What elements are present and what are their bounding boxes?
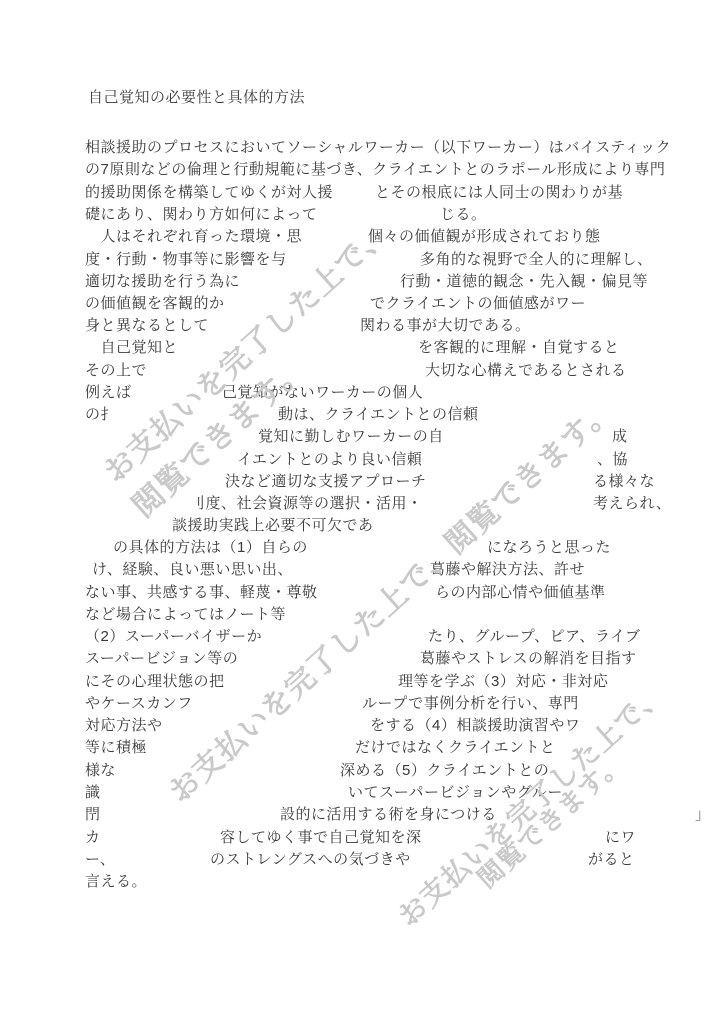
text-line: 人はそれぞれ育った環境・思個々の価値観が形成されており態: [85, 225, 724, 247]
text-line: スーパービジョン等の葛藤やストレスの解消を目指す: [85, 647, 724, 669]
text-segment: その上で: [85, 359, 147, 380]
text-line: 言える。: [85, 870, 724, 892]
text-segment: 大切な心構えであるとされる: [425, 359, 627, 380]
text-segment: の7原則などの倫理と行動規範に基づき、クライエントとのラポール形成により専門: [85, 158, 665, 179]
text-segment: カ: [85, 826, 101, 847]
text-segment: 自己覚知と: [85, 336, 178, 357]
text-line: 的援助関係を構築してゆくが対人援とその根底には人同士の関わりが基: [85, 181, 724, 203]
text-line: 礎にあり、関わり方如何によってじる。: [85, 203, 724, 225]
text-segment: 人はそれぞれ育った環境・思: [85, 225, 302, 246]
text-line: 適切な援助を行う為に行動・道徳的観念・先入観・偏見等: [85, 270, 724, 292]
text-line: 閅設的に活用する術を身につける」: [85, 803, 724, 825]
text-segment: 多角的な視野で全人的に理解し、: [420, 248, 653, 269]
text-segment: など場合によってはノート等: [85, 603, 286, 624]
text-segment: 的援助関係を構築してゆくが対人援: [85, 181, 333, 202]
text-line: イエントとのより良い信頼、協: [85, 448, 724, 470]
text-line: 決など適切な支援アプローチる様々な: [85, 470, 724, 492]
text-line: やケースカンフループで事例分析を行い、専門: [85, 692, 724, 714]
text-segment: 」: [695, 803, 711, 824]
text-segment: 例えば: [85, 381, 132, 402]
text-segment: にその心理状態の把: [85, 670, 225, 691]
text-line: 自己覚知とを客観的に理解・自覚すると: [85, 336, 724, 358]
text-segment: を客観的に理解・自覚すると: [418, 336, 620, 357]
text-segment: 言える。: [85, 870, 147, 891]
text-line: の7原則などの倫理と行動規範に基づき、クライエントとのラポール形成により専門: [85, 158, 724, 180]
text-segment: 理等を学ぶ（3）対応・非対応: [398, 670, 608, 691]
text-segment: 成: [612, 425, 628, 446]
text-line: 覚知に勤しむワーカーの自成: [85, 425, 724, 447]
text-segment: の具体的方法は（1）自らの: [113, 536, 308, 557]
text-segment: のストレングスへの気づきや: [210, 848, 411, 869]
text-segment: らの内部心情や価値基準: [435, 581, 606, 602]
text-segment: ー、: [85, 848, 115, 869]
text-segment: イエントとのより良い信頼: [237, 448, 422, 469]
text-segment: 関わる事が大切である。: [360, 314, 531, 335]
text-segment: 容してゆく事で自己覚知を深: [220, 826, 422, 847]
text-line: 対応方法やをする（4）相談援助演習やワ: [85, 714, 724, 736]
text-segment: 覚知に勤しむワーカーの自: [258, 425, 444, 446]
text-line: その上で大切な心構えであるとされる: [85, 359, 724, 381]
text-line: 相談援助のプロセスにおいてソーシャルワーカー（以下ワーカー）はバイスティック: [85, 136, 724, 158]
text-line: の具体的方法は（1）自らのになろうと思った: [85, 536, 724, 558]
text-segment: 相談援助のプロセスにおいてソーシャルワーカー（以下ワーカー）はバイスティック: [85, 136, 671, 157]
text-segment: の扌: [85, 403, 116, 424]
text-segment: 適切な援助を行う為に: [85, 270, 240, 291]
text-segment: る様々な: [593, 470, 655, 491]
text-segment: 個々の価値観が形成されており態: [368, 225, 601, 246]
text-segment: 葛藤や解決方法、許せ: [430, 558, 585, 579]
text-segment: になろうと思った: [487, 536, 611, 557]
text-segment: がると: [588, 848, 635, 869]
text-line: 刂度、社会資源等の選択・活用・考えられ、: [85, 492, 724, 514]
text-segment: 己覚知がないワーカーの個人: [222, 381, 423, 402]
text-segment: 考えられ、: [593, 492, 671, 513]
text-line: 度・行動・物事等に影響を与多角的な視野で全人的に理解し、: [85, 248, 724, 270]
text-line: け、経験、良い悪い思い出、葛藤や解決方法、許せ: [85, 558, 724, 580]
text-segment: け、経験、良い悪い思い出、: [92, 558, 293, 579]
text-segment: 身と異なるとして: [85, 314, 209, 335]
text-segment: をする（4）相談援助演習やワ: [370, 714, 580, 735]
text-segment: 動は、クライエントとの信頼: [278, 403, 478, 424]
text-segment: スーパービジョン等の: [85, 647, 238, 668]
document-page: 自己覚知の必要性と具体的方法 相談援助のプロセスにおいてソーシャルワーカー（以下…: [0, 0, 724, 1024]
text-segment: 識: [85, 781, 101, 802]
text-line: （2）スーパーバイザーかたり、グループ、ピア、ライブ: [85, 625, 724, 647]
text-segment: いてスーパービジョンやグルー: [348, 781, 563, 802]
text-segment: 度・行動・物事等に影響を与: [85, 248, 287, 269]
text-segment: 様な: [85, 759, 116, 780]
text-segment: 等に積極: [85, 736, 147, 757]
text-segment: （2）スーパーバイザーか: [85, 625, 262, 646]
text-segment: 閅: [85, 803, 101, 824]
text-segment: 対応方法や: [85, 714, 163, 735]
text-segment: 葛藤やストレスの解消を目指す: [420, 647, 637, 668]
text-segment: でクライエントの価値感がワー: [370, 292, 586, 313]
text-segment: 礎にあり、関わり方如何によって: [85, 203, 318, 224]
text-line: ない事、共感する事、軽蔑・尊敬らの内部心情や価値基準: [85, 581, 724, 603]
text-line: など場合によってはノート等: [85, 603, 724, 625]
text-segment: 行動・道徳的観念・先入観・偏見等: [400, 270, 648, 291]
text-segment: ループで事例分析を行い、専門: [362, 692, 579, 713]
text-line: 等に積極だけではなくクライエントと: [85, 736, 724, 758]
text-segment: ない事、共感する事、軽蔑・尊敬: [85, 581, 318, 602]
text-line: にその心理状態の把理等を学ぶ（3）対応・非対応: [85, 670, 724, 692]
document-body: 相談援助のプロセスにおいてソーシャルワーカー（以下ワーカー）はバイスティックの7…: [0, 0, 724, 1024]
text-line: 談援助実践上必要不可欠であ: [85, 514, 724, 536]
text-segment: 設的に活用する術を身につける: [280, 803, 497, 824]
text-segment: 談援助実践上必要不可欠であ: [172, 514, 374, 535]
text-segment: 決など適切な支援アプローチ: [225, 470, 427, 491]
text-segment: 深める（5）クライエントとの: [340, 759, 549, 780]
text-segment: とその根底には人同士の関わりが基: [375, 181, 623, 202]
text-segment: 刂度、社会資源等の選択・活用・: [190, 492, 423, 513]
text-line: の価値観を客観的かでクライエントの価値感がワー: [85, 292, 724, 314]
text-segment: だけではなくクライエントと: [355, 736, 555, 757]
text-line: 様な深める（5）クライエントとの: [85, 759, 724, 781]
text-line: ー、のストレングスへの気づきやがると: [85, 848, 724, 870]
text-line: 身と異なるとして関わる事が大切である。: [85, 314, 724, 336]
text-segment: たり、グループ、ピア、ライブ: [428, 625, 641, 646]
text-line: の扌動は、クライエントとの信頼: [85, 403, 724, 425]
text-line: 例えば己覚知がないワーカーの個人: [85, 381, 724, 403]
text-segment: やケースカンフ: [85, 692, 193, 713]
text-segment: の価値観を客観的か: [85, 292, 225, 313]
text-segment: にワ: [605, 826, 636, 847]
text-line: 識いてスーパービジョンやグルー: [85, 781, 724, 803]
text-line: カ容してゆく事で自己覚知を深にワ: [85, 826, 724, 848]
text-segment: 、協: [597, 448, 628, 469]
text-segment: じる。: [440, 203, 487, 224]
